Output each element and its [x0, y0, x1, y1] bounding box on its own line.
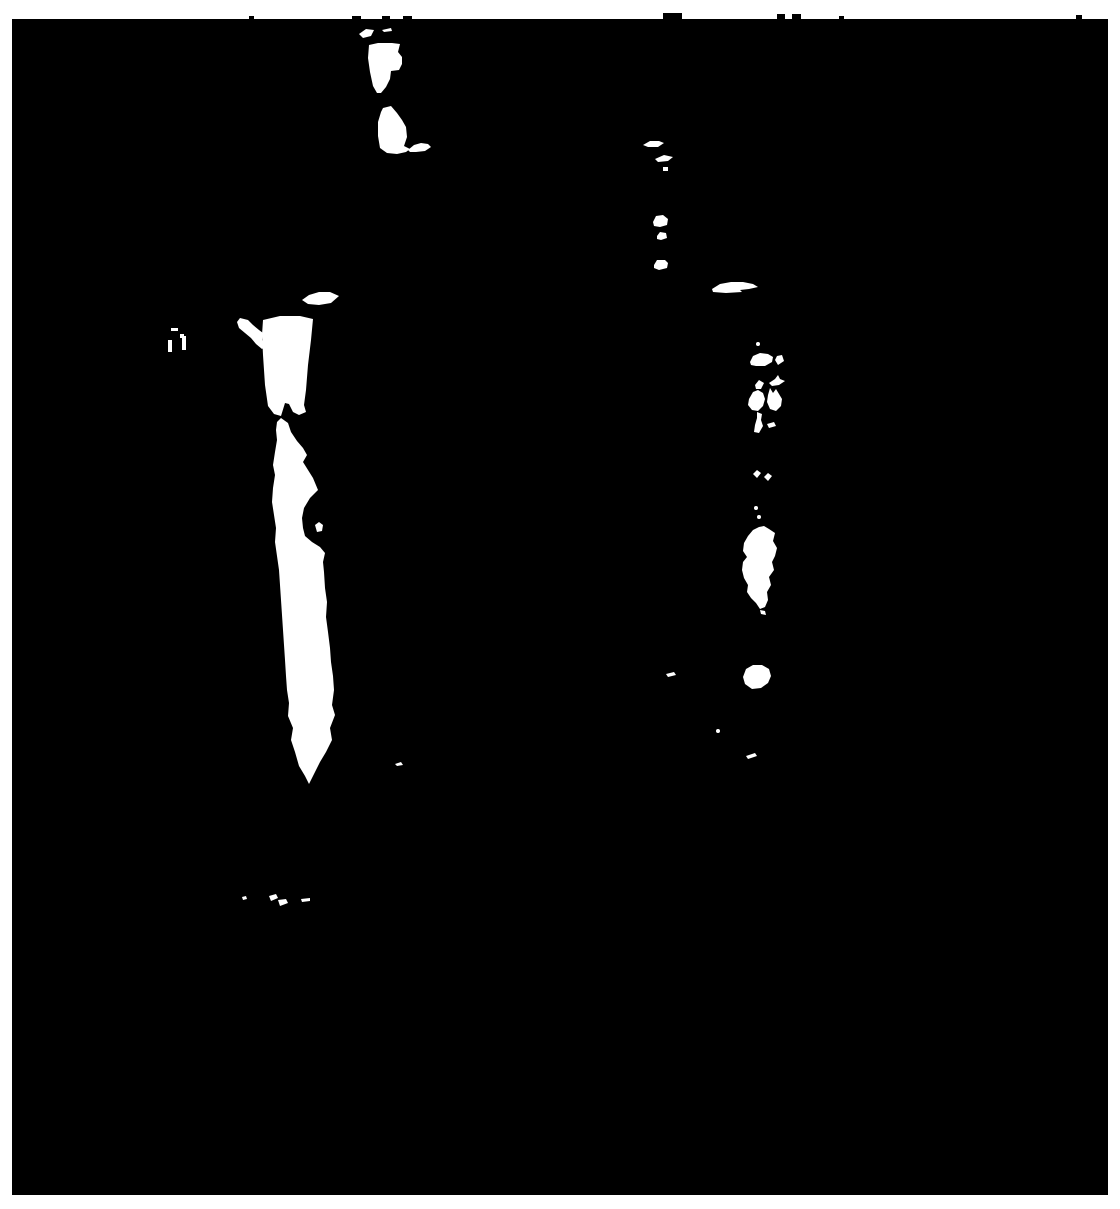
- binarized-photo-page: [0, 0, 1120, 1209]
- highlight-dot-a: [754, 506, 758, 510]
- highlight-right-dot-3: [663, 167, 668, 171]
- top-border-tick-5: [663, 13, 682, 20]
- highlight-dot-c: [716, 729, 720, 733]
- highlight-col-dot: [756, 342, 760, 346]
- top-border-tick-9: [1076, 15, 1082, 20]
- photo-black-field: [12, 19, 1108, 1195]
- highlight-dot-b: [757, 515, 761, 519]
- top-border-tick-6: [777, 14, 785, 20]
- top-border-tick-3: [382, 16, 390, 20]
- highlight-left-bar-2: [182, 336, 186, 350]
- top-border-tick-7: [792, 14, 801, 20]
- top-border-tick-2: [352, 16, 361, 20]
- top-border-tick-1: [249, 16, 254, 20]
- top-border-tick-8: [839, 16, 844, 20]
- highlight-left-speck-1: [171, 328, 178, 331]
- highlight-left-bar-1: [168, 340, 172, 352]
- top-border-tick-4: [403, 16, 412, 20]
- binarized-photo: [0, 0, 1120, 1209]
